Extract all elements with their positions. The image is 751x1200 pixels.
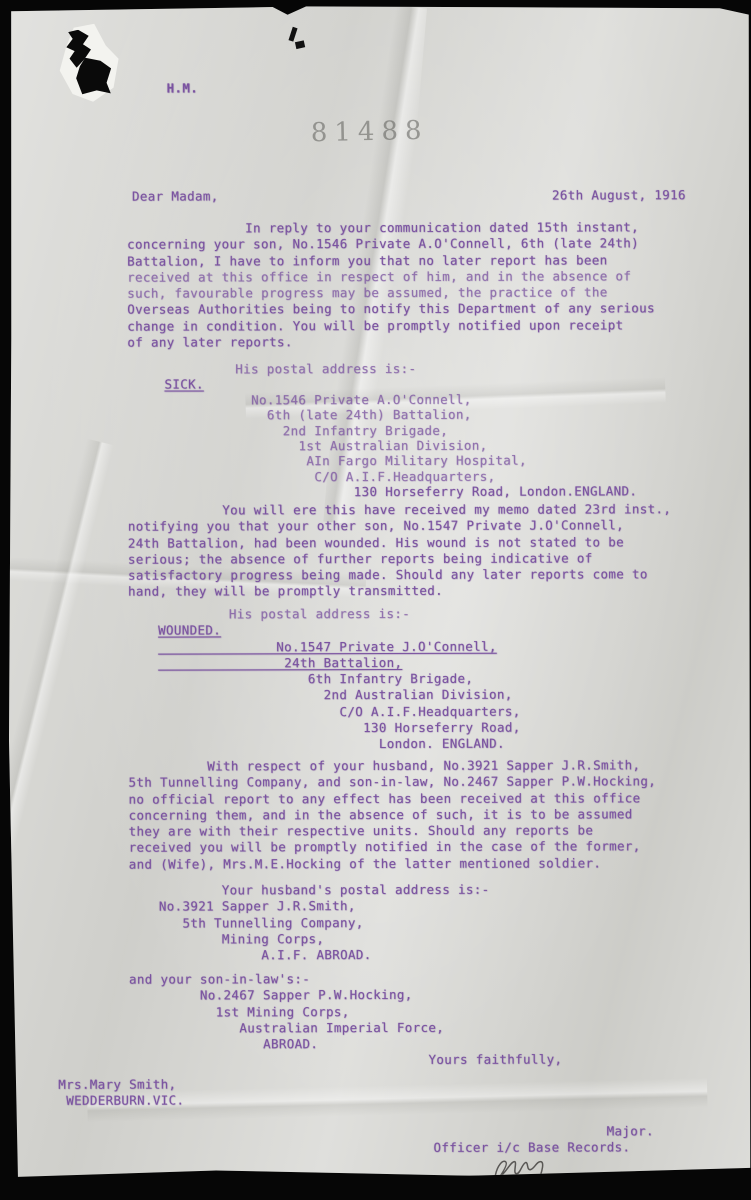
letter-line: London. ENGLAND. xyxy=(158,736,520,753)
letter-line: Mrs.Mary Smith, xyxy=(58,1077,184,1094)
address-sick: His postal address is:-SICK. No.1546 Pri… xyxy=(164,360,637,500)
letter-line: Overseas Authorities being to notify thi… xyxy=(127,301,655,319)
letter-line: No.1546 Private A.O'Connell, xyxy=(164,391,637,408)
letter-line: of any later reports. xyxy=(127,333,655,351)
letter-line: Mining Corps, xyxy=(159,931,490,948)
letter-line: With respect of your husband, No.3921 Sa… xyxy=(128,757,656,775)
letter-line: ABROAD. xyxy=(129,1036,562,1053)
paper-tear-mark xyxy=(295,40,305,49)
handwritten-initials xyxy=(489,1149,561,1193)
address-wounded: His postal address is:-WOUNDED. No.1547 … xyxy=(158,606,521,754)
letter-line: 5th Tunnelling Company, xyxy=(159,914,490,931)
letter-line: AIn Fargo Military Hospital, xyxy=(165,453,638,470)
letter-line: C/O A.I.F.Headquarters, xyxy=(158,703,520,720)
addressee: Mrs.Mary Smith, WEDDERBURN.VIC. xyxy=(58,1077,184,1110)
letter-line: satisfactory progress being made. Should… xyxy=(128,566,671,584)
letter-date: 26th August, 1916 xyxy=(552,187,686,203)
letter-line: concerning your son, No.1546 Private A.O… xyxy=(127,236,655,254)
letter-line: no official report to any effect has bee… xyxy=(129,790,657,808)
paper-crease xyxy=(0,439,114,853)
letter-line: In reply to your communication dated 15t… xyxy=(127,219,655,237)
letterhead-initials: H.M. xyxy=(167,80,199,96)
letter-line: SICK. xyxy=(164,376,637,393)
letter-line: No.1547 Private J.O'Connell, xyxy=(158,638,520,655)
letter-line: His postal address is:- xyxy=(164,360,637,377)
paragraph-husband: With respect of your husband, No.3921 Sa… xyxy=(128,757,656,872)
letter-line: serious; the absence of further reports … xyxy=(128,550,671,568)
letter-line: C/O A.I.F.Headquarters, xyxy=(165,468,638,485)
letter-line: 24th Battalion, xyxy=(158,655,520,672)
letter-line: 24th Battalion, had been wounded. His wo… xyxy=(128,534,671,552)
letter-line: Yours faithfully, xyxy=(129,1052,562,1069)
letter-line: 130 Horseferry Road, xyxy=(158,720,520,737)
paper-tear-mark xyxy=(289,27,298,42)
letter-line: notifying you that your other son, No.15… xyxy=(128,518,671,536)
letter-line: Your husband's postal address is:- xyxy=(159,882,490,899)
letter-line: concerning them, and in the absence of s… xyxy=(129,806,657,824)
paragraph-son-arthur: In reply to your communication dated 15t… xyxy=(127,219,655,351)
document-scan: H.M. 81488 Dear Madam, 26th August, 1916… xyxy=(0,0,751,1200)
address-husband: Your husband's postal address is:-No.392… xyxy=(159,882,490,964)
letter-line: Battalion, I have to inform you that no … xyxy=(127,252,655,270)
letter-line: 1st Australian Division, xyxy=(165,437,638,454)
letter-line: Major. xyxy=(433,1123,654,1140)
letter-line: hand, they will be promptly transmitted. xyxy=(128,583,671,601)
letter-line: received you will be promptly notified i… xyxy=(129,839,657,857)
letter-line: 6th (late 24th) Battalion, xyxy=(165,407,638,424)
paragraph-son-james: You will ere this have received my memo … xyxy=(128,501,672,600)
letter-line: His postal address is:- xyxy=(158,606,520,623)
salutation: Dear Madam, xyxy=(132,188,219,204)
letter-line: received at this office in respect of hi… xyxy=(127,268,655,286)
letter-line: You will ere this have received my memo … xyxy=(128,501,671,519)
letter-line: 6th Infantry Brigade, xyxy=(158,671,520,688)
address-son-in-law: and your son-in-law's:- No.2467 Sapper P… xyxy=(129,971,562,1070)
letter-line: 2nd Australian Division, xyxy=(158,687,520,704)
letter-line: such, favourable progress may be assumed… xyxy=(127,284,655,302)
letter-line: and your son-in-law's:- xyxy=(129,971,562,988)
letter-line: 1st Mining Corps, xyxy=(129,1003,562,1020)
letter-line: and (Wife), Mrs.M.E.Hocking of the latte… xyxy=(129,855,657,873)
letter-line: WEDDERBURN.VIC. xyxy=(58,1093,184,1110)
letter-line: 2nd Infantry Brigade, xyxy=(165,422,638,439)
letter-paper: H.M. 81488 Dear Madam, 26th August, 1916… xyxy=(4,4,751,1190)
letter-line: WOUNDED. xyxy=(158,622,520,639)
letter-line: 5th Tunnelling Company, and son-in-law, … xyxy=(128,774,656,792)
letter-line: No.3921 Sapper J.R.Smith, xyxy=(159,898,490,915)
registry-stamp-number: 81488 xyxy=(310,116,428,148)
letter-line: change in condition. You will be promptl… xyxy=(127,317,655,335)
letter-line: A.I.F. ABROAD. xyxy=(159,947,490,964)
letter-line: they are with their respective units. Sh… xyxy=(129,822,657,840)
letter-line: 130 Horseferry Road, London.ENGLAND. xyxy=(165,484,638,501)
letter-line: Australian Imperial Force, xyxy=(129,1019,562,1036)
letter-line: No.2467 Sapper P.W.Hocking, xyxy=(129,987,562,1004)
